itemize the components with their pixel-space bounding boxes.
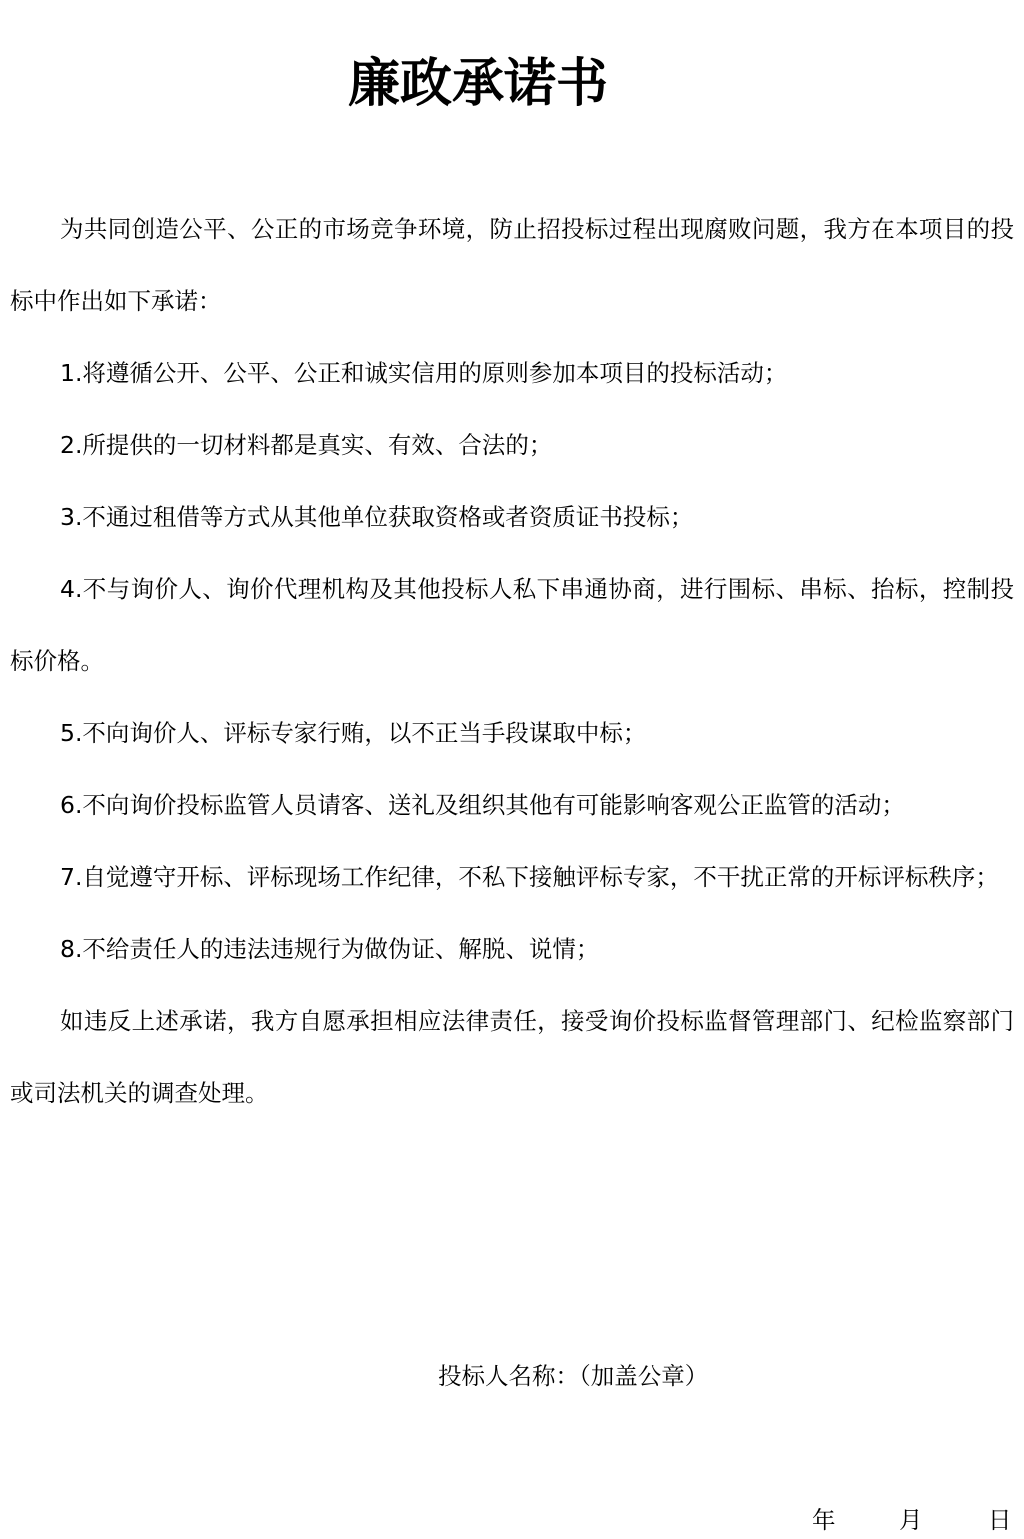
document-title: 廉政承诺书 [0,49,956,119]
date-line: 年 月 日 [0,1500,1024,1539]
document-body: 为共同创造公平、公正的市场竞争环境，防止招投标过程出现腐败问题，我方在本项目的投… [10,193,1014,1129]
commitment-item-4: 4.不与询价人、询价代理机构及其他投标人私下串通协商，进行围标、串标、抬标，控制… [10,553,1014,697]
date-day-label: 日 [988,1500,1012,1539]
commitment-item-7: 7.自觉遵守开标、评标现场工作纪律，不私下接触评标专家，不干扰正常的开标评标秩序… [10,841,1014,913]
intro-paragraph: 为共同创造公平、公正的市场竞争环境，防止招投标过程出现腐败问题，我方在本项目的投… [10,193,1014,337]
commitment-item-8: 8.不给责任人的违法违规行为做伪证、解脱、说情； [10,913,1014,985]
date-month-label: 月 [899,1500,923,1539]
bidder-signature-label: 投标人名称：（加盖公章） [438,1356,708,1396]
date-year-label: 年 [812,1500,836,1539]
commitment-item-6: 6.不向询价投标监管人员请客、送礼及组织其他有可能影响客观公正监管的活动； [10,769,1014,841]
commitment-item-1: 1.将遵循公开、公平、公正和诚实信用的原则参加本项目的投标活动； [10,337,1014,409]
closing-paragraph: 如违反上述承诺，我方自愿承担相应法律责任，接受询价投标监督管理部门、纪检监察部门… [10,985,1014,1129]
commitment-item-2: 2.所提供的一切材料都是真实、有效、合法的； [10,409,1014,481]
commitment-item-5: 5.不向询价人、评标专家行贿，以不正当手段谋取中标； [10,697,1014,769]
commitment-item-3: 3.不通过租借等方式从其他单位获取资格或者资质证书投标； [10,481,1014,553]
